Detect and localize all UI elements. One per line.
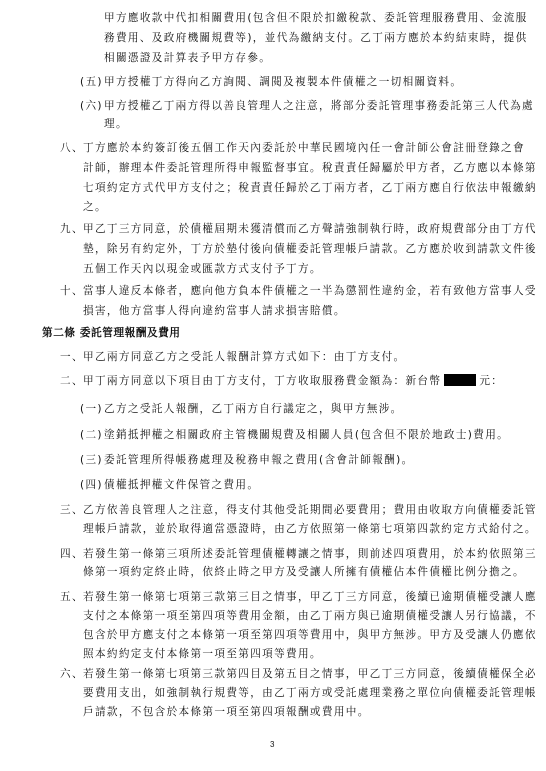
article-2-item-5-line-1: 若發生第一條第七項第三款第三目之情事，甲乙丁三方同意，後續已逾期債權受讓人應 (83, 590, 537, 604)
article-2-item-5-label: 五、 (60, 590, 84, 604)
article-2-heading: 第二條 委託管理報酬及費用 (42, 326, 181, 340)
item-5-label: (五) (80, 75, 103, 89)
article-2-item-2-label: 二、 (60, 374, 84, 388)
item-6-line-1: 甲方授權乙丁兩方得以善良管理人之注意，將部分委託管理事務委託第三人代為處 (104, 99, 534, 113)
article-2-item-6-line-3: 戶請款，不包含於本條第一項至第四項報酬或費用中。 (83, 705, 370, 719)
item-5-text: 甲方授權丁方得向乙方詢閱、調閱及複製本件債權之一切相關資料。 (104, 75, 462, 89)
continuation-line-1: 甲方應收款中代扣相關費用(包含但不限於扣繳稅款、委託管理服務費用、金流服 (104, 11, 528, 25)
article-2-item-1-label: 一、 (60, 350, 84, 364)
continuation-line-2: 務費用、及政府機關規費等)，並代為繳納支付。乙丁兩方應於本約結束時，提供 (104, 31, 528, 45)
document-page: 甲方應收款中代扣相關費用(包含但不限於扣繳稅款、委託管理服務費用、金流服 務費用… (0, 0, 546, 771)
sub-item-2-label: (二) (80, 428, 103, 442)
article-2-item-6-line-1: 若發生第一條第七項第三款第四目及第五目之情事，甲乙丁三方同意，後續債權保全必 (83, 667, 537, 681)
clause-8-line-4: 之。 (83, 200, 107, 214)
sub-item-1-text: 乙方之受託人報酬，乙丁兩方自行議定之，與甲方無涉。 (104, 402, 403, 416)
clause-9-label: 九、 (60, 222, 84, 236)
item-6-line-2: 理。 (104, 117, 128, 131)
article-2-item-4-line-2: 條第一項約定終止時，依終止時之甲方及受讓人所擁有債權佔本件債權比例分擔之。 (83, 565, 525, 579)
item-6-label: (六) (80, 99, 103, 113)
sub-item-2-text: 塗銷抵押權之相關政府主管機關規費及相關人員(包含但不限於地政士)費用。 (104, 428, 509, 442)
item-2-text-after: 元： (479, 375, 503, 387)
sub-item-4-text: 債權抵押權文件保管之費用。 (104, 478, 259, 492)
sub-item-1-label: (一) (80, 402, 103, 416)
page-number: 3 (270, 740, 274, 749)
article-2-item-5-line-4: 照本約約定支付本條第一項至第四項等費用。 (83, 647, 322, 661)
article-2-item-5-line-2: 支付之本條第一項至第四項等費用金額，由乙丁兩方與已逾期債權受讓人另行協議，不 (83, 609, 537, 623)
article-2-item-1-text: 甲乙兩方同意乙方之受託人報酬計算方式如下：由丁方支付。 (83, 350, 405, 364)
clause-8-label: 八、 (60, 141, 84, 155)
clause-10-line-1: 當事人違反本條者，應向他方負本件債權之一半為懲罰性違約金，若有致他方當事人受 (83, 284, 537, 298)
clause-8-line-3: 七項約定方式代甲方支付之；稅責責任歸於乙丁兩方者，乙丁兩方應自行依法申報繳納 (83, 181, 537, 195)
item-2-text-before: 甲丁兩方同意以下項目由丁方支付，丁方收取服務費金額為：新台幣 (83, 375, 441, 387)
article-2-item-6-label: 六、 (60, 667, 84, 681)
article-2-item-6-line-2: 要費用支出，如強制執行規費等，由乙丁兩方或受託處理業務之單位向債權委託管理帳 (83, 686, 537, 700)
article-2-item-3-line-1: 乙方依善良管理人之注意，得支付其他受託期間必要費用；費用由收取方向債權委託管 (83, 503, 537, 517)
sub-item-3-text: 委託管理所得帳務處理及稅務申報之費用(含會計師報酬)。 (104, 453, 414, 467)
article-2-item-3-label: 三、 (60, 503, 84, 517)
redacted-amount-box (444, 374, 476, 386)
clause-9-line-1: 甲乙丁三方同意，於債權屆期未獲清償而乙方聲請強制執行時，政府規費部分由丁方代 (83, 222, 537, 236)
sub-item-3-label: (三) (80, 453, 103, 467)
article-2-item-4-label: 四、 (60, 547, 84, 561)
article-2-item-2-text: 甲丁兩方同意以下項目由丁方支付，丁方收取服務費金額為：新台幣元： (83, 374, 503, 388)
sub-item-4-label: (四) (80, 478, 103, 492)
clause-10-line-2: 損害，他方當事人得向違約當事人請求損害賠償。 (83, 304, 346, 318)
article-2-item-4-line-1: 若發生第一條第三項所述委託管理債權轉讓之情事，則前述四項費用，於本約依照第三 (83, 547, 537, 561)
article-2-item-3-line-2: 理帳戶請款，並於取得適當憑證時，由乙方依照第一條第七項第四款約定方式給付之。 (83, 522, 537, 536)
article-2-item-5-line-3: 包含於甲方應支付之本條第一項至第四項等費用中，與甲方無涉。甲方及受讓人仍應依 (83, 628, 537, 642)
clause-9-line-3: 五個工作天內以現金或匯款方式支付予丁方。 (83, 262, 322, 276)
clause-8-line-1: 丁方應於本約簽訂後五個工作天內委託於中華民國境內任一會計師公會註冊登錄之會 (83, 141, 525, 155)
clause-8-line-2: 計師，辦理本件委託管理所得申報監督事宜。稅責責任歸屬於甲方者，乙方應以本條第 (83, 161, 537, 175)
clause-10-label: 十、 (60, 284, 84, 298)
continuation-line-3: 相關憑證及計算表予甲方存參。 (104, 51, 271, 65)
clause-9-line-2: 墊，除另有約定外，丁方於墊付後向債權委託管理帳戶請款。乙方應於收到請款文件後 (83, 242, 537, 256)
